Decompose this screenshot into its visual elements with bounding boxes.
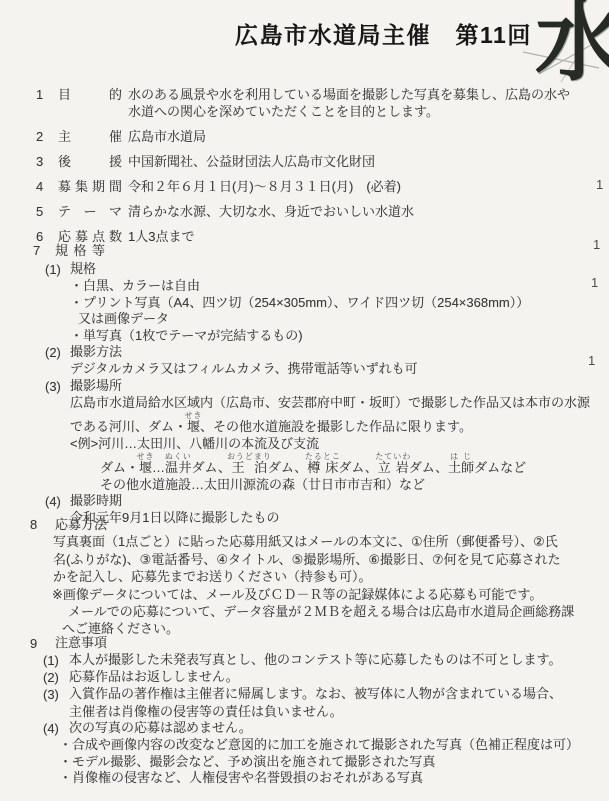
example-line: <例>河川…太田川、八幡川の本流及び支流 (0, 436, 609, 453)
note-line: ※画像データについては、メール及びＣＤ－Ｒ等の記録媒体による応募も可能です。 (0, 586, 609, 603)
item-support: 3 後援 中国新聞社、公益財団法人広島市文化財団 (0, 153, 609, 170)
page-title: 広島市水道局主催 第11回 (235, 27, 532, 44)
section-number: 8 (30, 516, 55, 533)
bullet-line: ・肖像権の侵害など、人権侵害や名誉毀損のおそれがある写真 (0, 770, 609, 787)
note-text: 次の写真の応募は認めません。 (69, 720, 252, 737)
text-line: 中国新聞社、公益財団法人広島市文化財団 (128, 153, 609, 170)
section-number: 9 (30, 635, 55, 652)
text-line: 水のある風景や水を利用している場面を撮影した写真を募集し、広島の水や (128, 86, 609, 103)
section-label: 規格等 (55, 242, 105, 259)
item-number: 1 (36, 86, 58, 103)
example-line-ruby: ダム・堰せき…温井ぬくいダム、王泊おうどまりダム、樽床たるとこダム、立岩たていわ… (0, 452, 609, 477)
water-kanji-logo: 水 (521, 0, 609, 94)
bullet-line: ・白黒、カラーは自由 (0, 278, 609, 295)
text-line: 写真裏面（1点ごと）に貼った応募用紙又はメールの本文に、①住所（郵便番号）、②氏 (0, 533, 609, 550)
item-number: 2 (36, 128, 58, 145)
item-purpose: 1 目的 水のある風景や水を利用している場面を撮影した写真を募集し、広島の水や … (0, 86, 609, 120)
text-line: 令和２年６月１日(月)～８月３１日(月) (必着) (128, 178, 609, 195)
bullet-line: ・プリント写真（A4、四ツ切（254×305mm）、ワイド四ツ切（254×368… (0, 295, 609, 312)
text-line: デジタルカメラ又はフィルムカメラ、携帯電話等いずれも可 (0, 361, 609, 378)
section-number: 7 (33, 242, 55, 259)
item-number: 4 (36, 178, 58, 195)
text-line: 広島市水道局 (128, 128, 609, 145)
text-line: 水道への関心を深めていただくことを目的とします。 (128, 103, 609, 120)
text-line: 広島市水道局給水区域内（広島市、安芸郡府中町・坂町）で撮影した作品又は本市の水源 (0, 395, 609, 412)
text-line-ruby: である河川、ダム・堰せき、その他水道施設を撮影した作品に限ります。 (0, 411, 609, 436)
subsection-method: (2) 撮影方法 (0, 344, 609, 361)
item-label: 主催 (58, 128, 122, 145)
note-text: 応募作品はお返ししません。 (69, 669, 239, 686)
item-label: 目的 (58, 86, 122, 103)
section-heading: 8 応募方法 (0, 516, 609, 533)
subsection-number: (4) (45, 493, 70, 510)
logo-character: 水 (535, 0, 609, 90)
subsection-number: (2) (45, 344, 70, 361)
item-number: 3 (36, 153, 58, 170)
note-item: (4) 次の写真の応募は認めません。 (0, 720, 609, 737)
subsection-location: (3) 撮影場所 (0, 378, 609, 395)
subsection-number: (1) (45, 261, 70, 278)
bullet-line: ・合成や画像内容の改変など意図的に加工を施されて撮影された写真（色補正程度は可） (0, 737, 609, 754)
note-text-continuation: 主催者は肖像権の侵害等の責任は負いません。 (0, 704, 609, 721)
section-how-to-apply: 8 応募方法 写真裏面（1点ごと）に貼った応募用紙又はメールの本文に、①住所（郵… (0, 511, 609, 638)
section-notes: 9 注意事項 (1) 本人が撮影した未発表写真とし、他のコンテスト等に応募したも… (0, 631, 609, 787)
example-line: その他水道施設…太田川源流の森（廿日市市吉和）など (0, 477, 609, 494)
subsection-label: 撮影方法 (70, 344, 122, 361)
note-number: (4) (43, 720, 69, 737)
text-line: メールでの応募について、データ容量が２ＭＢを超える場合は広島市水道局企画総務課 (0, 603, 609, 620)
numbered-items-block: 1 目的 水のある風景や水を利用している場面を撮影した写真を募集し、広島の水や … (0, 86, 609, 253)
note-number: (2) (43, 669, 69, 686)
subsection-shooting-period: (4) 撮影時期 (0, 493, 609, 510)
text-line: 名(ふりがな)、③電話番号、④タイトル、⑤撮影場所、⑥撮影日、⑦何を見て応募され… (0, 551, 609, 568)
item-label: 後援 (58, 153, 122, 170)
subsection-label: 撮影時期 (70, 493, 122, 510)
section-heading: 9 注意事項 (0, 635, 609, 652)
section-specifications: 7 規格等 (1) 規格 ・白黒、カラーは自由 ・プリント写真（A4、四ツ切（2… (0, 236, 609, 527)
subsection-label: 撮影場所 (70, 378, 122, 395)
item-number: 5 (36, 203, 58, 220)
subsection-format: (1) 規格 (0, 261, 609, 278)
subsection-label: 規格 (70, 261, 96, 278)
note-text: 入賞作品の著作権は主催者に帰属します。なお、被写体に人物が含まれている場合、 (69, 686, 562, 703)
item-theme: 5 テーマ 清らかな水源、大切な水、身近でおいしい水道水 (0, 203, 609, 220)
item-text: 水のある風景や水を利用している場面を撮影した写真を募集し、広島の水や 水道への関… (128, 86, 609, 120)
note-number: (1) (43, 652, 69, 669)
item-organizer: 2 主催 広島市水道局 (0, 128, 609, 145)
text-line: 清らかな水源、大切な水、身近でおいしい水道水 (128, 203, 609, 220)
item-label: 募集期間 (58, 178, 122, 195)
bullet-continuation: 又は画像データ (0, 311, 609, 328)
section-label: 注意事項 (55, 635, 107, 652)
item-label: テーマ (58, 203, 122, 220)
note-item: (1) 本人が撮影した未発表写真とし、他のコンテスト等に応募したものは不可としま… (0, 652, 609, 669)
note-item: (2) 応募作品はお返ししません。 (0, 669, 609, 686)
item-application-period: 4 募集期間 令和２年６月１日(月)～８月３１日(月) (必着) (0, 178, 609, 195)
subsection-number: (3) (45, 378, 70, 395)
note-item: (3) 入賞作品の著作権は主催者に帰属します。なお、被写体に人物が含まれている場… (0, 686, 609, 703)
text-line: かを記入し、応募先までお送りください（持参も可）。 (0, 568, 609, 585)
section-heading: 7 規格等 (0, 242, 609, 259)
note-text: 本人が撮影した未発表写真とし、他のコンテスト等に応募したものは不可とします。 (69, 652, 561, 669)
bullet-line: ・モデル撮影、撮影会など、予め演出を施されて撮影された写真 (0, 754, 609, 771)
section-label: 応募方法 (55, 516, 107, 533)
bullet-line: ・単写真（1枚でテーマが完結するもの) (0, 328, 609, 345)
note-number: (3) (43, 686, 69, 703)
scanned-document-page: 広島市水道局主催 第11回 水 1 1 1 1 1 目的 水のある風景や水を利用… (0, 0, 609, 801)
